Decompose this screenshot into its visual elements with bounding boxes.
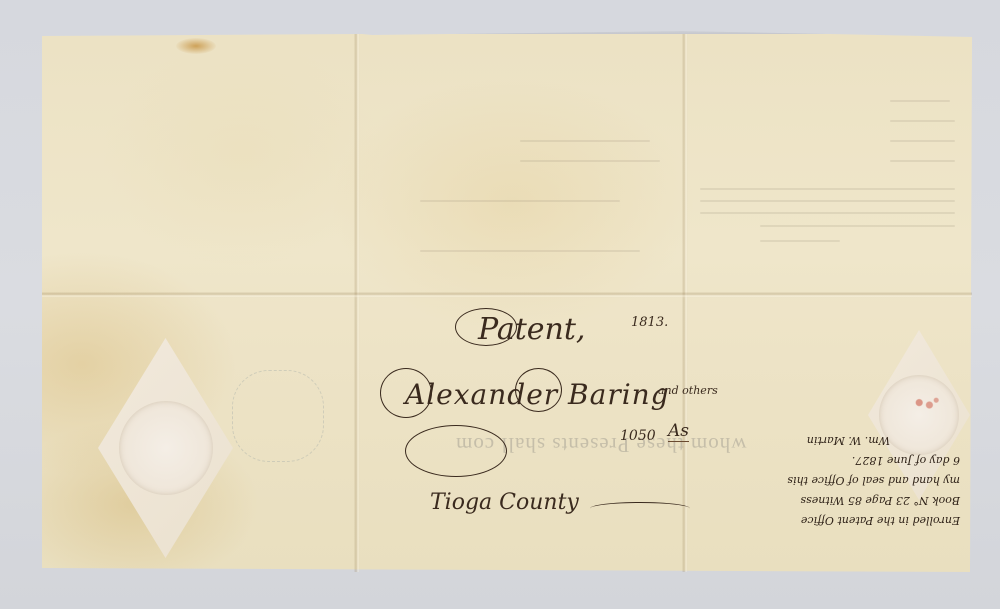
grantee-name: Alexander Baring <box>405 378 670 411</box>
endorsement-line: Enrolled in the Patent Office <box>720 510 960 530</box>
document-title: Patent, <box>478 312 585 347</box>
county-name: Tioga County <box>430 490 579 515</box>
endorsement-line: my hand and seal of Office this <box>720 470 960 490</box>
endorsement-signature: Wm. W. Martin <box>720 430 890 450</box>
seal-emboss <box>119 401 213 495</box>
endorsement-line: 6 day of June 1827. <box>720 450 960 470</box>
acreage-unit: As <box>668 421 689 442</box>
grantee-suffix: and others <box>658 384 718 397</box>
vertical-fold-crease <box>682 34 688 572</box>
horizontal-fold-crease <box>42 292 972 298</box>
bleed-through-crest <box>232 370 324 462</box>
county-flourish <box>405 425 507 477</box>
water-stain <box>176 38 216 54</box>
year-note: 1813. <box>631 315 668 330</box>
county-underline-flourish <box>590 502 690 515</box>
endorsement-line: Book N° 23 Page 85 Witness <box>720 490 960 510</box>
vertical-fold-crease <box>354 34 360 572</box>
enrollment-endorsement: Enrolled in the Patent Office Book N° 23… <box>720 430 960 530</box>
acreage-value: 1050 <box>620 428 656 444</box>
